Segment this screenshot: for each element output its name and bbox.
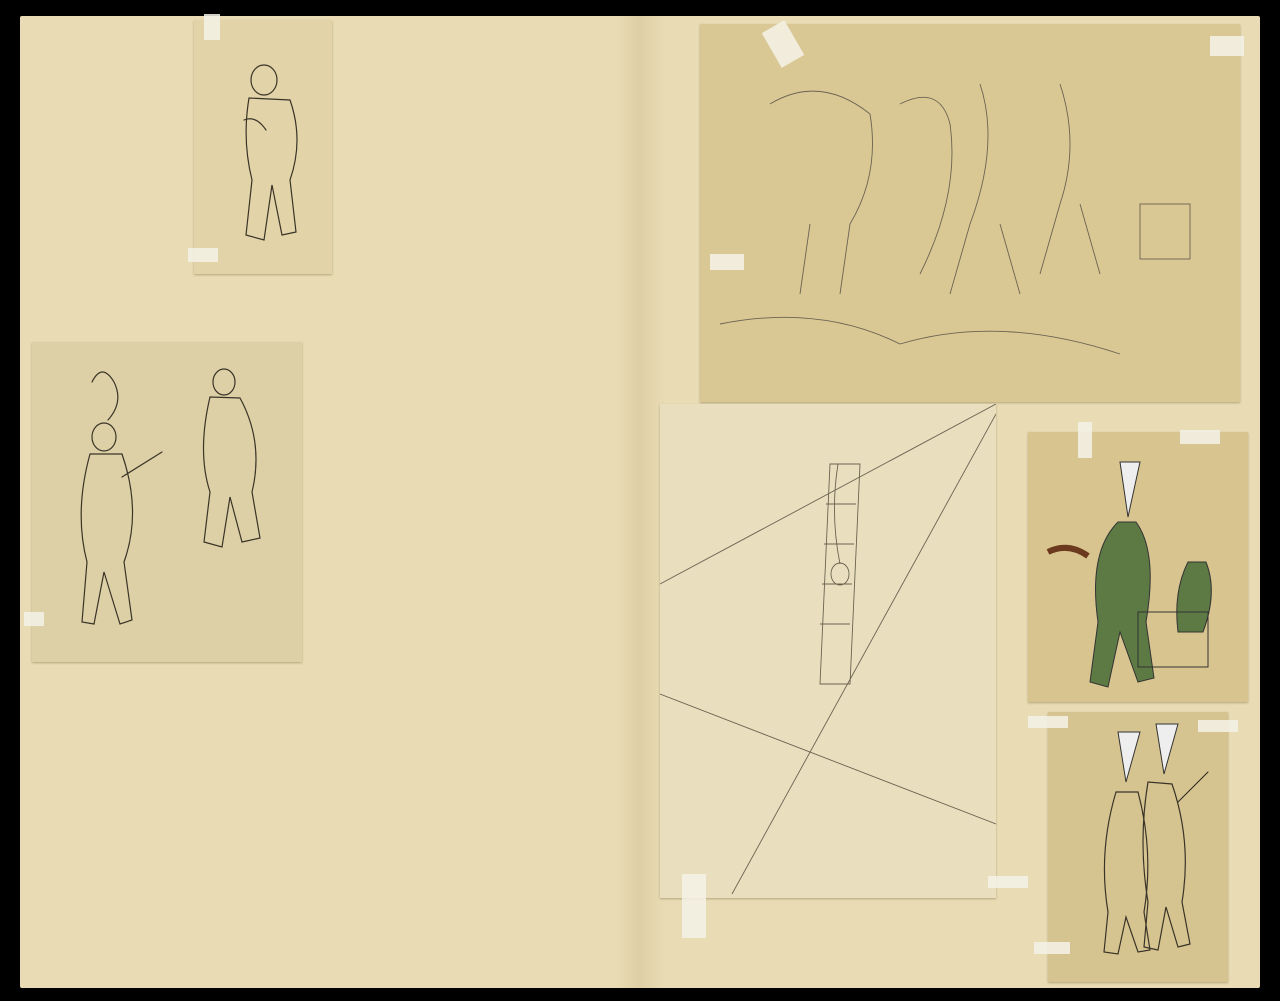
violin-clowns-drawing-icon [1028, 432, 1248, 702]
tape [988, 876, 1028, 888]
tape [188, 248, 218, 262]
tape [1078, 422, 1092, 458]
tape [710, 254, 744, 270]
circus-studies-drawing-icon [700, 24, 1240, 402]
sketch-violin-clowns [1028, 432, 1248, 702]
sketch-tightrope-acrobat [660, 404, 996, 898]
clowns-drawing-icon [32, 342, 302, 662]
sketch-standing-clown [194, 20, 332, 274]
tape [682, 874, 706, 938]
tightrope-drawing-icon [660, 404, 996, 898]
tape [1034, 942, 1070, 954]
two-clowns-drawing-icon [1048, 712, 1228, 982]
clown-drawing-icon [194, 20, 332, 274]
sketch-circus-studies [700, 24, 1240, 402]
sketch-two-clowns [1048, 712, 1228, 982]
tape [1028, 716, 1068, 728]
album-mount-board [20, 16, 1260, 988]
tape [1198, 720, 1238, 732]
tape [1180, 430, 1220, 444]
tape [1210, 36, 1244, 56]
tape [24, 612, 44, 626]
tape [204, 14, 220, 40]
sketch-clown-trumpet [32, 342, 302, 662]
